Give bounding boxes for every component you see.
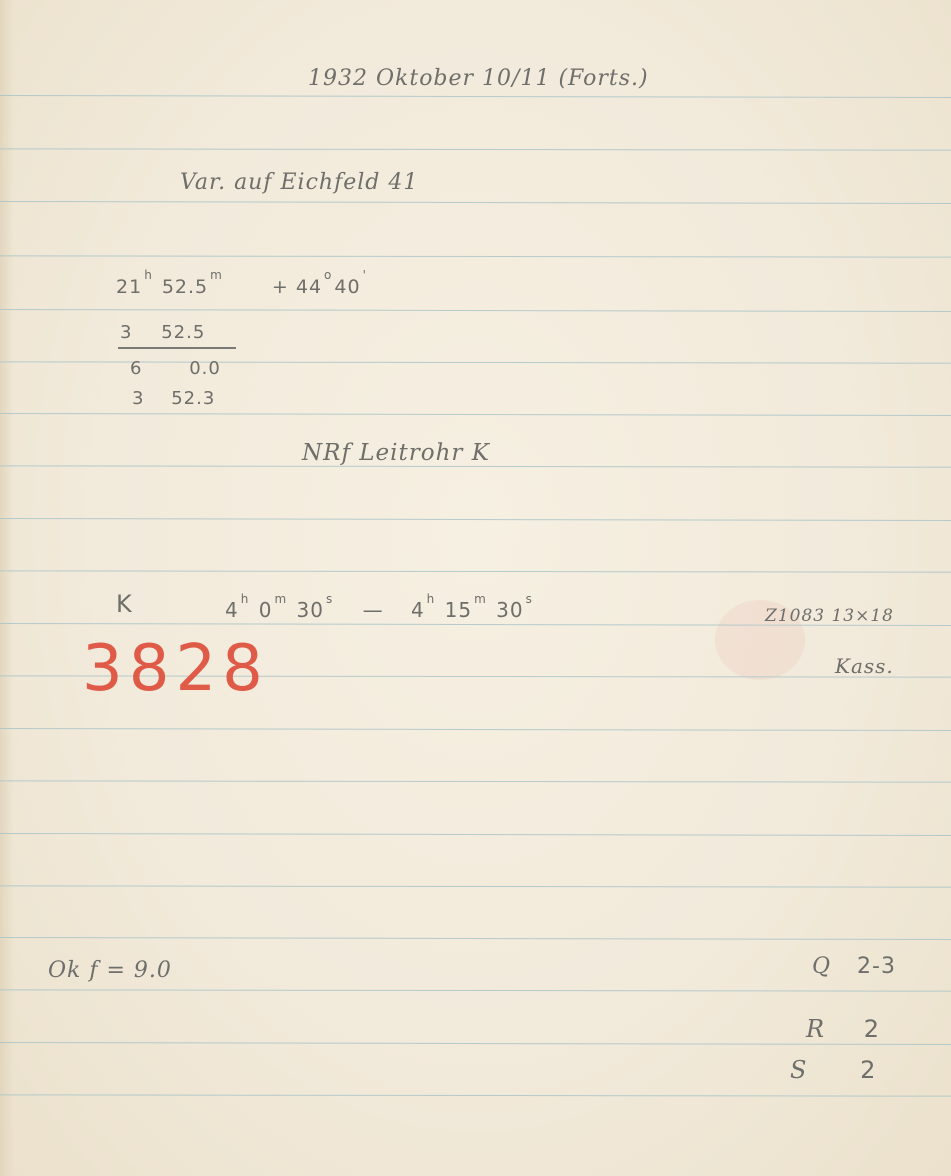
ruled-line <box>0 780 951 782</box>
calc-minutes: 52.3 <box>171 388 215 409</box>
calc-hours: 3 <box>120 322 132 343</box>
calc-line-4: 3 52.3 <box>132 388 215 409</box>
rating-value: 2 <box>860 1056 876 1084</box>
ruled-line <box>0 309 951 312</box>
declination-degrees: + 44 <box>272 276 322 298</box>
ruled-line <box>0 833 951 836</box>
s-sup: s <box>326 592 333 606</box>
okular-focal: Ok f = 9.0 <box>48 958 172 983</box>
hours-superscript: h <box>144 268 153 282</box>
end-seconds: 30 <box>496 598 523 622</box>
h-sup: h <box>241 592 250 606</box>
ruled-line <box>0 518 951 521</box>
plate-number: 3828 <box>82 632 269 706</box>
ruled-line <box>0 413 951 416</box>
rating-value: 2-3 <box>857 954 896 979</box>
variable-heading: Var. auf Eichfeld 41 <box>180 170 418 195</box>
rating-value: 2 <box>864 1015 880 1043</box>
calc-line-2: 3 52.5 <box>120 322 205 343</box>
start-hours: 4 <box>225 598 239 622</box>
end-minutes: 15 <box>445 598 472 622</box>
ruled-line <box>0 937 951 940</box>
m-sup: m <box>474 592 487 606</box>
ruled-line <box>0 148 951 150</box>
page-title: 1932 Oktober 10/11 (Forts.) <box>308 66 649 91</box>
calc-hours: 21 <box>116 276 142 298</box>
calc-minutes: 52.5 <box>161 322 205 343</box>
minutes-superscript: m <box>210 268 223 282</box>
h-sup: h <box>427 592 436 606</box>
declination-arcmin: 40 <box>334 276 360 298</box>
ruled-line <box>0 1094 951 1096</box>
m-sup: m <box>274 592 287 606</box>
calc-line-3: 6 0.0 <box>130 358 221 379</box>
start-minutes: 0 <box>259 598 273 622</box>
ruled-line <box>0 201 951 204</box>
ruled-line <box>0 885 951 887</box>
range-dash: — <box>363 598 384 622</box>
rating-symbol: S <box>790 1056 807 1084</box>
calc-minutes: 0.0 <box>189 358 221 379</box>
notebook-page: 1932 Oktober 10/11 (Forts.) Var. auf Eic… <box>0 0 951 1176</box>
calc-minutes: 52.5 <box>162 276 208 298</box>
observer-name: Kass. <box>835 654 894 678</box>
exposure-label: K <box>116 590 133 618</box>
arcmin-superscript: ' <box>363 268 367 282</box>
rating-s: S 2 <box>790 1056 876 1084</box>
rating-symbol: Q <box>812 954 831 979</box>
ruled-line <box>0 989 951 991</box>
rating-r: R 2 <box>806 1015 880 1043</box>
rating-q: Q 2-3 <box>812 954 896 979</box>
ruled-line <box>0 570 951 572</box>
start-seconds: 30 <box>297 598 324 622</box>
calc-hours: 6 <box>130 358 142 379</box>
ruled-line <box>0 255 951 257</box>
plate-code: Z1083 13×18 <box>765 606 894 626</box>
ruled-line <box>0 95 951 98</box>
ruled-line <box>0 728 951 731</box>
rating-symbol: R <box>806 1015 825 1043</box>
calc-hours: 3 <box>132 388 144 409</box>
exposure-time-range: 4h 0m 30s — 4h 15m 30s <box>225 598 535 622</box>
sum-line <box>118 347 236 349</box>
end-hours: 4 <box>411 598 425 622</box>
s-sup: s <box>526 592 533 606</box>
page-binding-shadow <box>0 0 14 1176</box>
instrument-heading: NRf Leitrohr K <box>302 440 490 466</box>
degree-superscript: o <box>324 268 332 282</box>
calc-line-1: 21h 52.5m + 44o40' <box>116 276 369 298</box>
